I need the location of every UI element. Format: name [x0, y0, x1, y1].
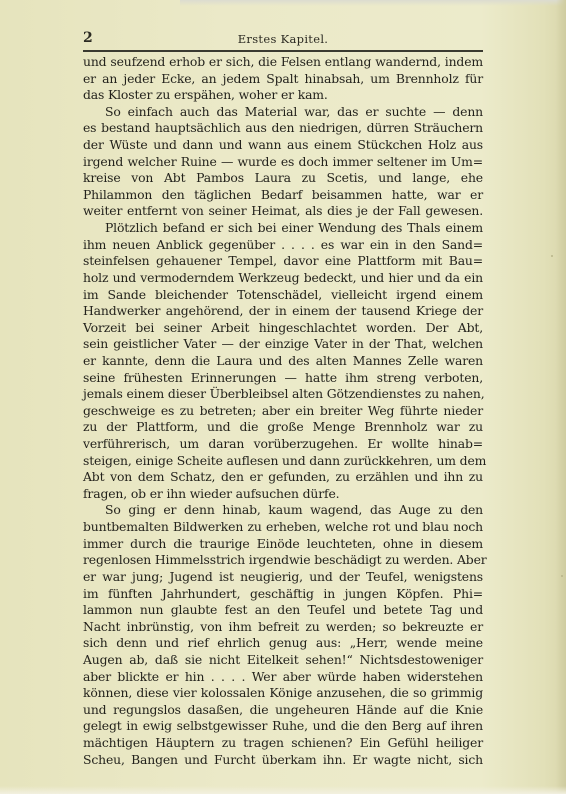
text-line: immer durch die traurige Einöde leuchtet…: [83, 536, 483, 553]
text-line: jemals einem dieser Überbleibsel alten G…: [83, 386, 483, 403]
text-line: gelegt in ewig selbstgewisser Ruhe, und …: [83, 718, 483, 735]
text-line: aber blickte er hin . . . . Wer aber wür…: [83, 669, 483, 686]
text-line: verführerisch, um daran vorüberzugehen. …: [83, 436, 483, 453]
text-line: weiter entfernt von seiner Heimat, als d…: [83, 203, 483, 220]
text-line: Nacht inbrünstig, von ihm befreit zu wer…: [83, 619, 483, 636]
text-line: der Wüste und dann und wann aus einem St…: [83, 137, 483, 154]
text-line: Augen ab, daß sie nicht Eitelkeit sehen!…: [83, 652, 483, 669]
text-line: Scheu, Bangen und Furcht überkam ihn. Er…: [83, 752, 483, 769]
running-title: Erstes Kapitel.: [83, 32, 483, 46]
text-line: kreise von Abt Pambos Laura zu Scetis, u…: [83, 170, 483, 187]
text-line: steinfelsen gehauener Tempel, davor eine…: [83, 253, 483, 270]
page-header: 2 Erstes Kapitel.: [83, 30, 483, 48]
scan-shadow: [180, 0, 566, 6]
text-line: regenlosen Himmelsstrich irgendwie besch…: [83, 552, 483, 569]
text-line: Plötzlich befand er sich bei einer Wendu…: [83, 220, 483, 237]
page-bottom-edge: [0, 786, 566, 794]
text-line: können, diese vier kolossalen Könige anz…: [83, 685, 483, 702]
text-line: So ging er denn hinab, kaum wagend, das …: [83, 502, 483, 519]
paper-speck: [551, 255, 553, 257]
text-line: im fünften Jahrhundert, geschäftig in ju…: [83, 586, 483, 603]
header-rule: [83, 50, 483, 52]
text-line: er war jung; Jugend ist neugierig, und d…: [83, 569, 483, 586]
text-line: es bestand hauptsächlich aus den niedrig…: [83, 120, 483, 137]
text-line: sein geistlicher Vater — der einzige Vat…: [83, 336, 483, 353]
text-line: steigen, einige Scheite auflesen und dan…: [83, 453, 483, 470]
text-line: er an jeder Ecke, an jedem Spalt hinabsa…: [83, 71, 483, 88]
text-line: geschweige es zu betreten; aber ein brei…: [83, 403, 483, 420]
body-text: und seufzend erhob er sich, die Felsen e…: [83, 54, 483, 768]
text-line: mächtigen Häuptern zu tragen schienen? E…: [83, 735, 483, 752]
text-line: Vorzeit bei seiner Arbeit hingeschlachte…: [83, 320, 483, 337]
paper-speck: [561, 575, 563, 577]
text-line: ihm neuen Anblick gegenüber . . . . es w…: [83, 237, 483, 254]
text-line: sich denn und rief ehrlich genug aus: „H…: [83, 635, 483, 652]
text-line: Handwerker angehörend, der in einem der …: [83, 303, 483, 320]
text-line: und regungslos dasaßen, die ungeheuren H…: [83, 702, 483, 719]
text-line: buntbemalten Bildwerken zu erheben, welc…: [83, 519, 483, 536]
text-line: fragen, ob er ihn wieder aufsuchen dürfe…: [83, 486, 483, 503]
text-line: seine frühesten Erinnerungen — hatte ihm…: [83, 370, 483, 387]
text-line: lammon nun glaubte fest an den Teufel un…: [83, 602, 483, 619]
text-line: So einfach auch das Material war, das er…: [83, 104, 483, 121]
text-line: und seufzend erhob er sich, die Felsen e…: [83, 54, 483, 71]
book-page: 2 Erstes Kapitel. und seufzend erhob er …: [0, 0, 566, 794]
text-line: er kannte, denn die Laura und des alten …: [83, 353, 483, 370]
text-line: zu der Plattform, und die große Menge Br…: [83, 419, 483, 436]
text-line: im Sande bleichender Totenschädel, viell…: [83, 287, 483, 304]
text-line: holz und vermoderndem Werkzeug bedeckt, …: [83, 270, 483, 287]
text-line: Abt von dem Schatz, den er gefunden, zu …: [83, 469, 483, 486]
page-edge-shadow: [556, 0, 566, 794]
text-line: Philammon den täglichen Bedarf beisammen…: [83, 187, 483, 204]
text-line: irgend welcher Ruine — wurde es doch imm…: [83, 154, 483, 171]
text-line: das Kloster zu erspähen, woher er kam.: [83, 87, 483, 104]
